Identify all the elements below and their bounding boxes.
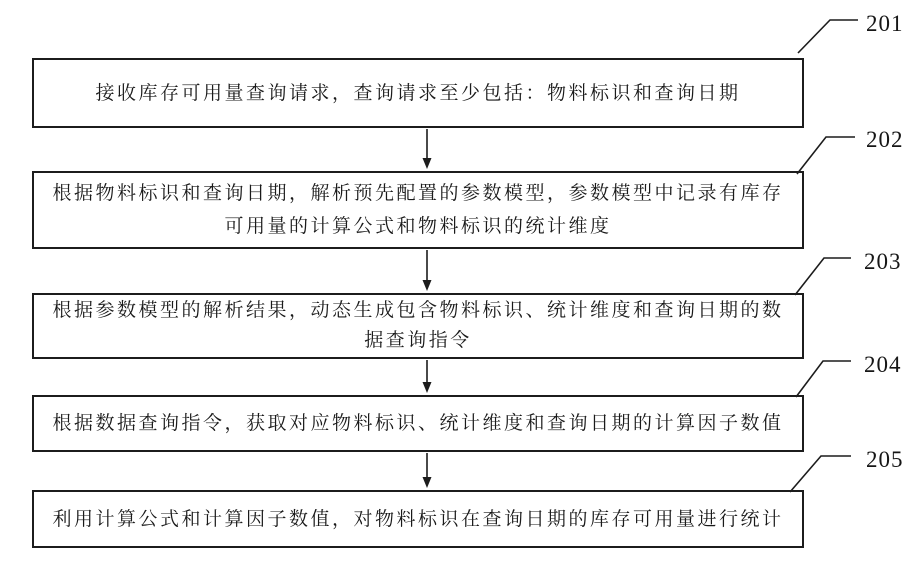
leader-line-202 — [797, 137, 855, 174]
flow-arrow-202-203 — [423, 250, 432, 291]
step-box-205: 利用计算公式和计算因子数值，对物料标识在查询日期的库存可用量进行统计 — [32, 490, 804, 548]
step-box-204: 根据数据查询指令，获取对应物料标识、统计维度和查询日期的计算因子数值 — [32, 395, 804, 452]
step-204-text: 根据数据查询指令，获取对应物料标识、统计维度和查询日期的计算因子数值 — [52, 408, 783, 439]
step-202-text-line2: 可用量的计算公式和物料标识的统计维度 — [224, 210, 611, 243]
flow-arrow-204-205 — [423, 453, 432, 488]
step-202-text-line1: 根据物料标识和查询日期，解析预先配置的参数模型，参数模型中记录有库存 — [52, 177, 783, 210]
step-203-text-line2: 据查询指令 — [364, 326, 472, 356]
flow-arrow-201-202 — [423, 129, 432, 169]
step-201-text: 接收库存可用量查询请求，查询请求至少包括：物料标识和查询日期 — [95, 78, 740, 109]
step-label-204: 204 — [864, 352, 902, 378]
step-box-201: 接收库存可用量查询请求，查询请求至少包括：物料标识和查询日期 — [32, 58, 804, 128]
flowchart-figure: 接收库存可用量查询请求，查询请求至少包括：物料标识和查询日期 根据物料标识和查询… — [0, 0, 923, 584]
leader-line-204 — [796, 361, 851, 397]
step-205-text: 利用计算公式和计算因子数值，对物料标识在查询日期的库存可用量进行统计 — [52, 504, 783, 535]
leader-line-203 — [795, 258, 851, 295]
leader-line-205 — [790, 456, 851, 492]
step-box-203: 根据参数模型的解析结果，动态生成包含物料标识、统计维度和查询日期的数 据查询指令 — [32, 293, 804, 359]
leader-line-201 — [798, 20, 858, 53]
step-label-203: 203 — [864, 249, 902, 275]
step-box-202: 根据物料标识和查询日期，解析预先配置的参数模型，参数模型中记录有库存 可用量的计… — [32, 171, 804, 249]
step-label-201: 201 — [866, 11, 904, 37]
step-203-text-line1: 根据参数模型的解析结果，动态生成包含物料标识、统计维度和查询日期的数 — [52, 296, 783, 326]
step-label-202: 202 — [866, 127, 904, 153]
flow-arrow-203-204 — [423, 360, 432, 393]
step-label-205: 205 — [866, 447, 904, 473]
